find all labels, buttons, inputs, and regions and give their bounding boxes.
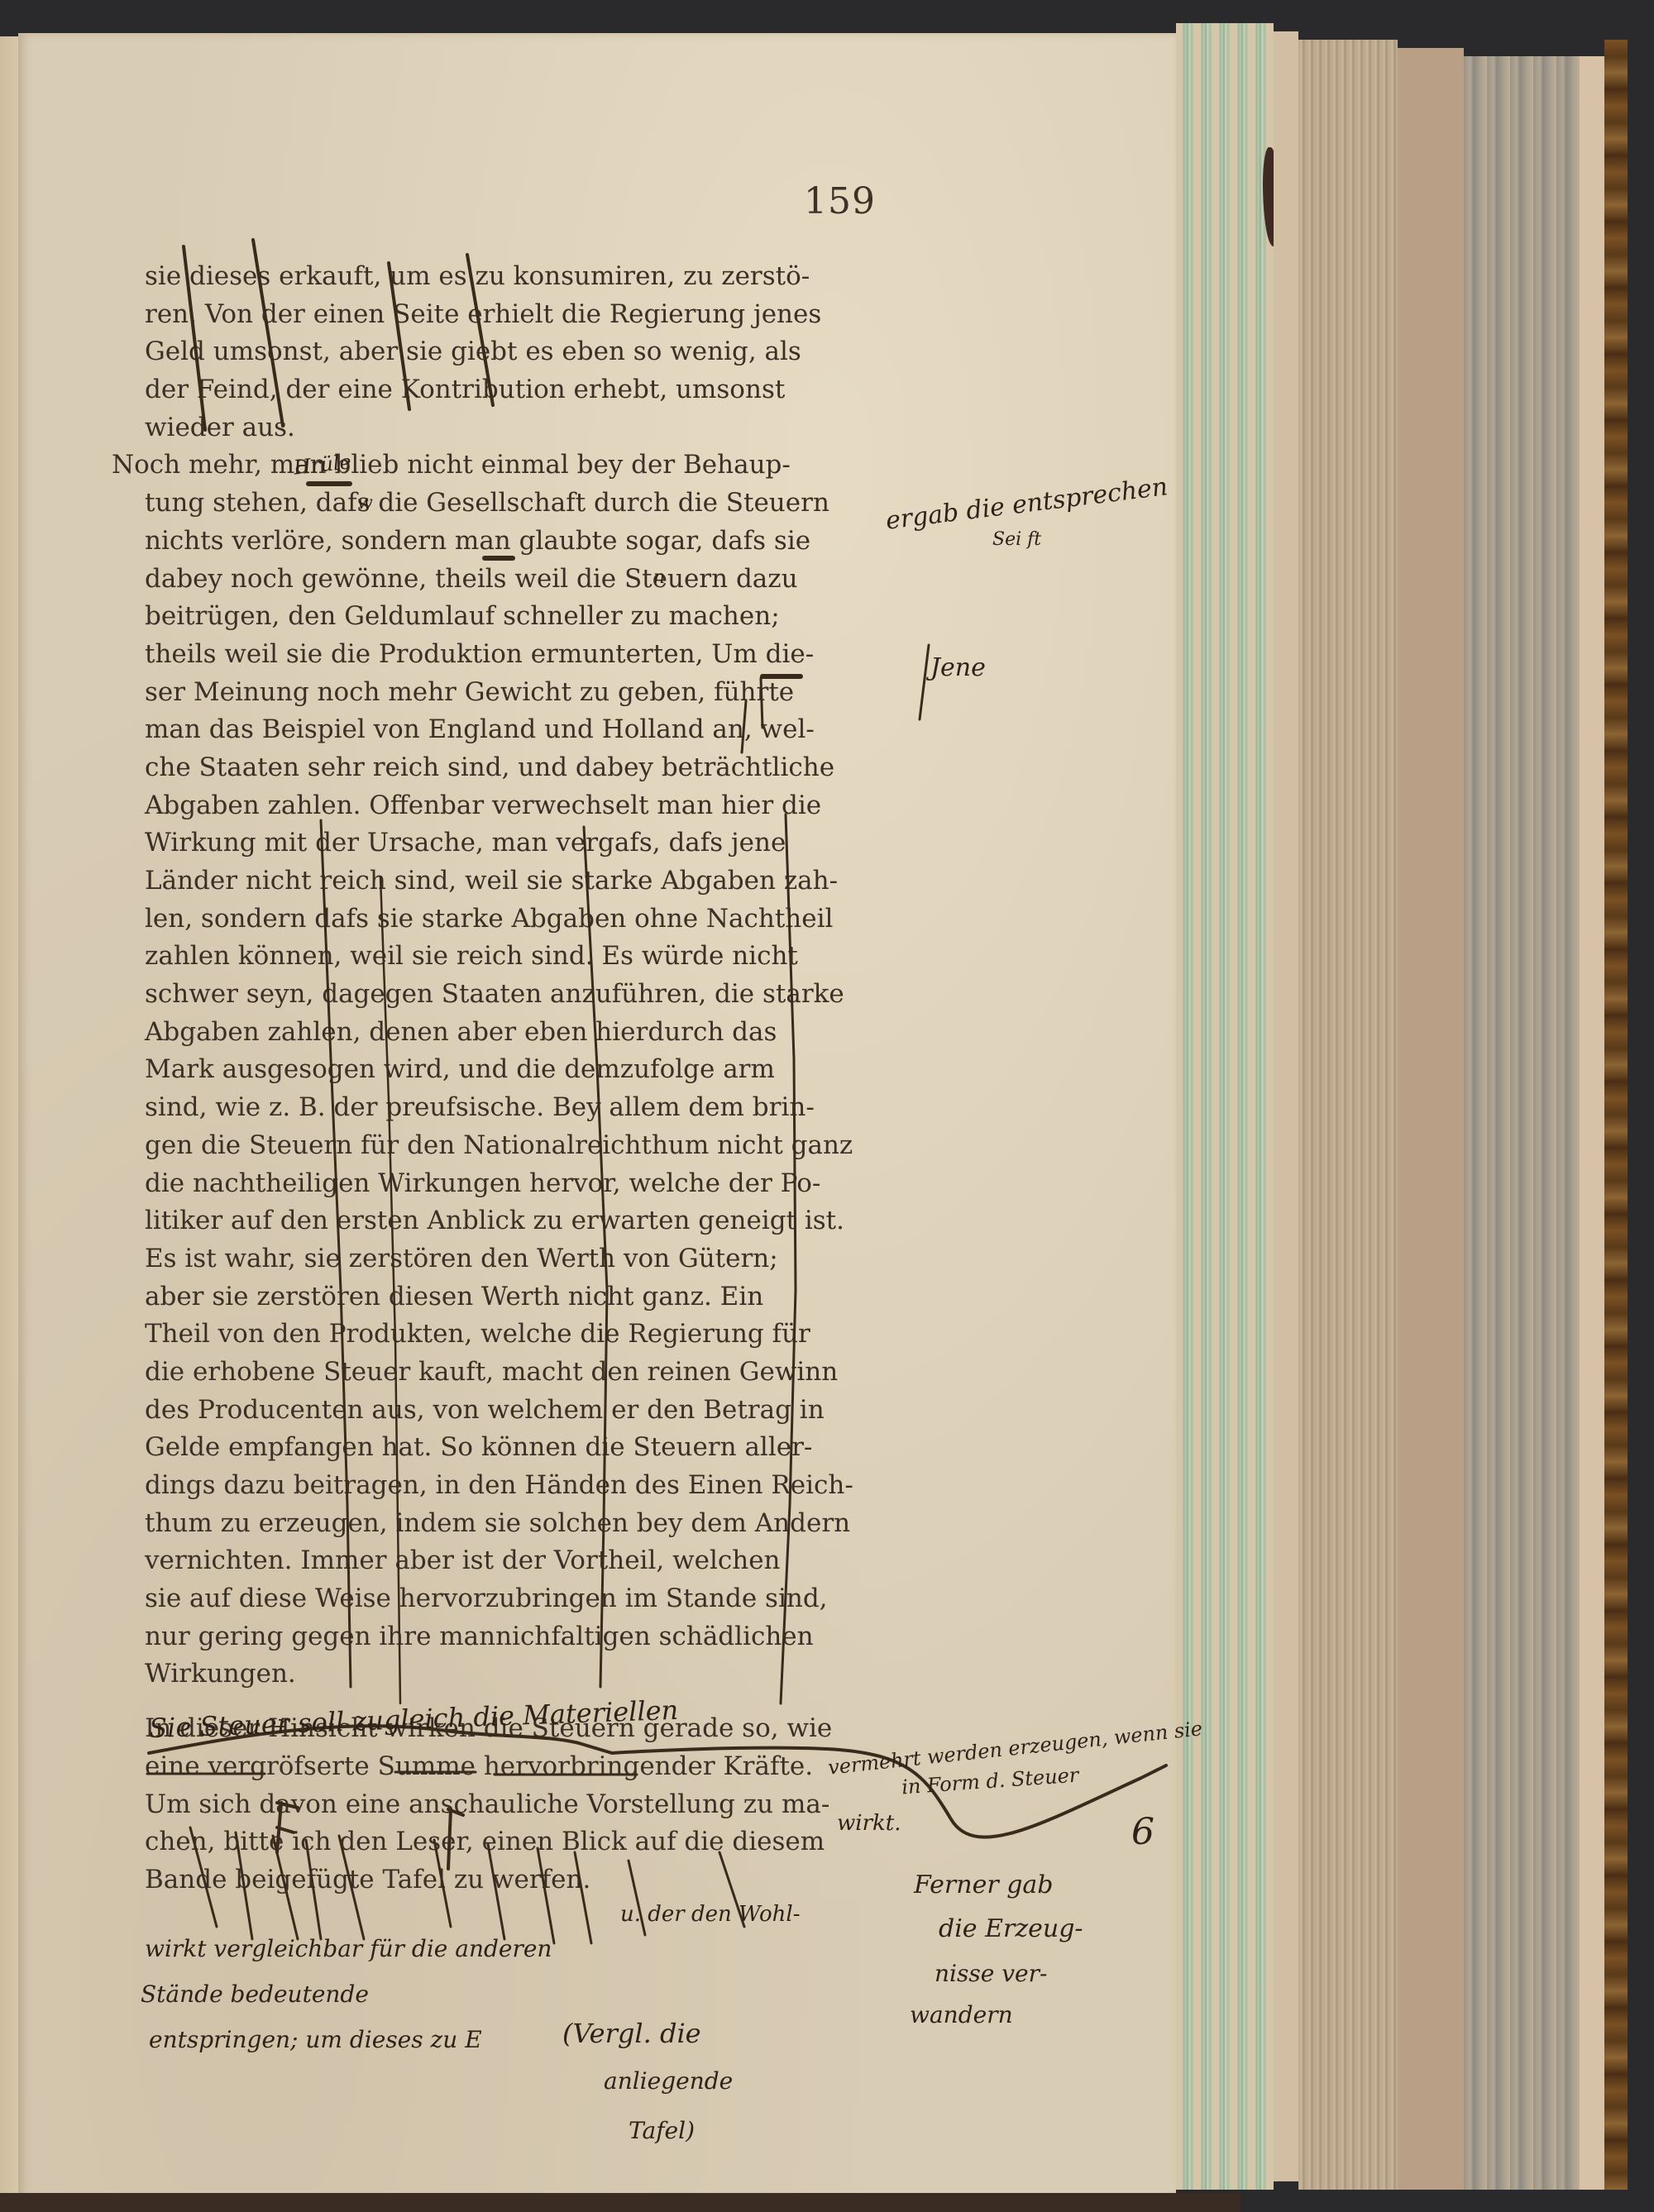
book-scan: 159 sie dieses erkauft, um es zu konsumi… xyxy=(0,0,1654,2212)
margin-note: nisse ver- xyxy=(935,1960,1047,1987)
margin-note: die Erzeug- xyxy=(939,1914,1083,1943)
strike-line xyxy=(389,263,409,409)
inline-handwriting: wirkt vergleichbar für die anderen xyxy=(145,1935,552,1962)
interlinear-annotation: n xyxy=(653,567,665,588)
inline-handwriting: Tafel) xyxy=(629,2117,695,2144)
inline-handwriting: entspringen; um dieses zu E xyxy=(149,2026,482,2053)
inline-handwriting: (Vergl. die xyxy=(562,2018,701,2049)
inline-handwriting: Stände bedeutende xyxy=(141,1980,369,2008)
strike-line xyxy=(253,240,283,426)
margin-note: Ferner gab xyxy=(914,1870,1054,1899)
inline-handwriting: wirkt. xyxy=(837,1811,901,1836)
margin-note: wandern xyxy=(910,2001,1013,2028)
strike-line xyxy=(184,246,205,430)
margin-note-number: 6 xyxy=(1131,1811,1154,1853)
strike-line xyxy=(467,255,493,405)
inline-handwriting: anliegende xyxy=(604,2067,733,2095)
margin-note-sub: Sei ft xyxy=(992,529,1041,550)
pen-strokes xyxy=(0,0,1654,2212)
inline-handwriting: u. der den Wohl- xyxy=(620,1902,801,1927)
interlinear-annotation: w xyxy=(357,493,373,514)
margin-note: Jene xyxy=(930,653,986,682)
